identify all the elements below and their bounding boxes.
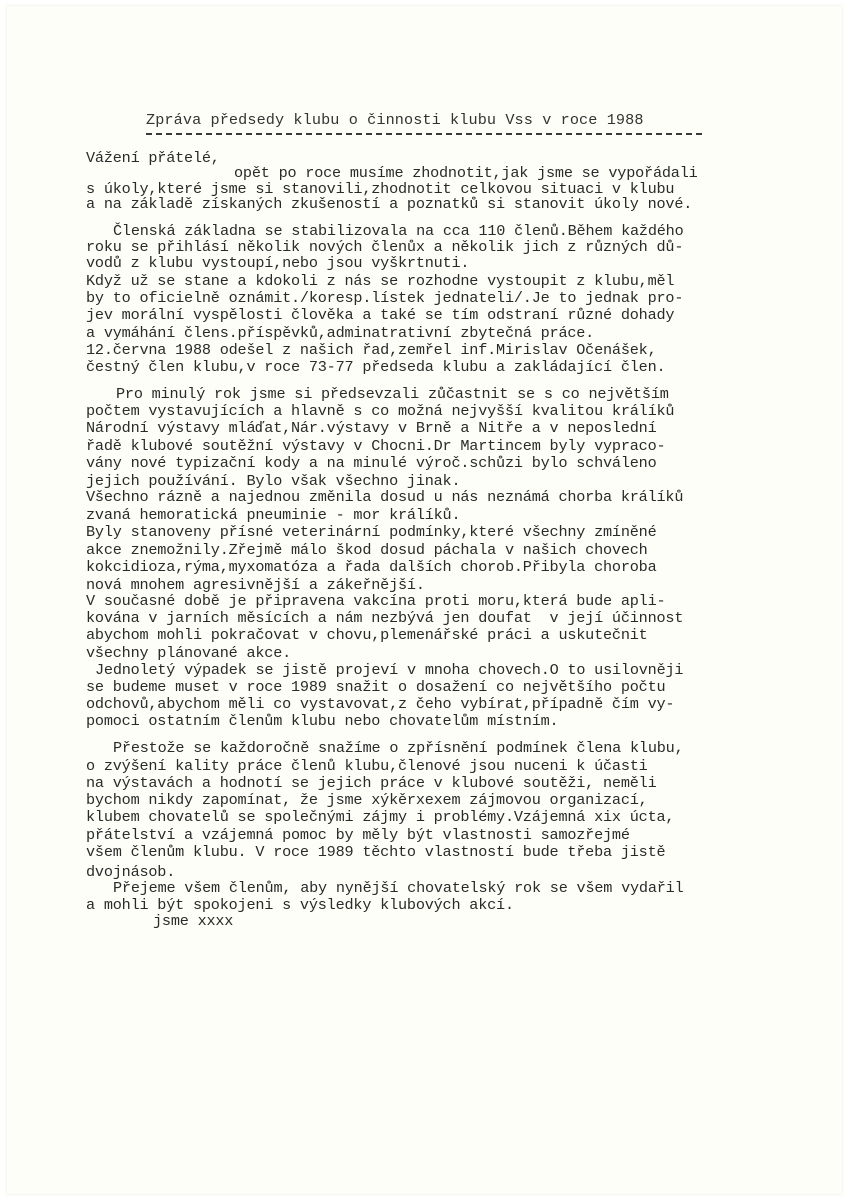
body-text-line: počtem vystavujících a hlavně s co možná…: [86, 402, 674, 420]
body-text-line: a mohli být spokojeni s výsledky klubový…: [86, 896, 514, 914]
document-page: Zpráva předsedy klubu o činnosti klubu V…: [7, 6, 842, 1194]
body-text-line: se budeme muset v roce 1989 snažit o dos…: [86, 678, 665, 696]
body-text-line: Národní výstavy mláďat,Nár.výstavy v Brn…: [86, 419, 657, 437]
body-text-line: Přejeme všem členům, aby nynější chovate…: [113, 879, 684, 897]
body-text-line: čestný člen klubu,v roce 73-77 předseda …: [86, 358, 665, 376]
body-text-line: pomoci ostatním členům klubu nebo chovat…: [86, 712, 558, 730]
body-text-line: Vážení přátelé,: [86, 149, 220, 167]
body-text-line: o zvýšení kality práce členů klubu,členo…: [86, 757, 648, 775]
body-text-line: Když už se stane a kdokoli z nás se rozh…: [86, 272, 674, 290]
body-text-line: a vymáhání člens.příspěvků,adminatrativn…: [86, 324, 594, 342]
body-text-line: všem členům klubu. V roce 1989 těchto vl…: [86, 843, 665, 861]
title-underline: [146, 133, 702, 135]
body-text-line: V současné době je připravena vakcína pr…: [86, 592, 665, 610]
body-text-line: Všechno rázně a najednou změnila dosud u…: [86, 488, 683, 506]
body-text-line: klubem chovatelů se společnými zájmy i p…: [86, 808, 674, 826]
body-text-line: by to oficielně oznámit./koresp.lístek j…: [86, 289, 683, 307]
body-text-line: vány nové typizační kody a na minulé výr…: [86, 454, 657, 472]
body-text-line: Přestože se každoročně snažíme o zpřísně…: [113, 739, 684, 757]
body-text-line: všechny plánované akce.: [86, 644, 291, 662]
body-text-line: jev morální vyspělosti člověka a také se…: [86, 306, 674, 324]
body-text-line: jsme xxxx: [153, 912, 233, 930]
body-text-line: abychom mohli pokračovat v chovu,plemená…: [86, 626, 648, 644]
body-text-line: kována v jarních měsících a nám nezbývá …: [86, 609, 683, 627]
body-text-line: zvaná hemoratická pneuminie - mor králík…: [86, 506, 460, 524]
body-text-line: kokcidioza,rýma,myxomatóza a řada dalšíc…: [86, 558, 657, 576]
body-text-line: odchovů,abychom měli co vystavovat,z čeh…: [86, 695, 674, 713]
body-text-line: a na základě získaných zkušeností a pozn…: [86, 195, 692, 213]
body-text-line: 12.června 1988 odešel z našich řad,zemře…: [86, 341, 657, 359]
body-text-line: na výstavách a hodnotí se jejich práce v…: [86, 774, 657, 792]
body-text-line: bychom nikdy zapomínat, že jsme xýkěrxex…: [86, 791, 648, 809]
body-text-line: řadě klubové soutěžní výstavy v Chocni.D…: [86, 437, 665, 455]
body-text-line: vodů z klubu vystoupí,nebo jsou vyškrtnu…: [86, 254, 469, 272]
body-text-line: Byly stanoveny přísné veterinární podmín…: [86, 523, 657, 541]
body-text-line: Pro minulý rok jsme si předsevzali zůčas…: [116, 385, 669, 403]
body-text-line: přátelství a vzájemná pomoc by měly být …: [86, 826, 630, 844]
document-title: Zpráva předsedy klubu o činnosti klubu V…: [146, 111, 644, 129]
body-text-line: Jednoletý výpadek se jistě projeví v mno…: [95, 661, 683, 679]
body-text-line: akce znemožnily.Zřejmě málo škod dosud p…: [86, 541, 648, 559]
